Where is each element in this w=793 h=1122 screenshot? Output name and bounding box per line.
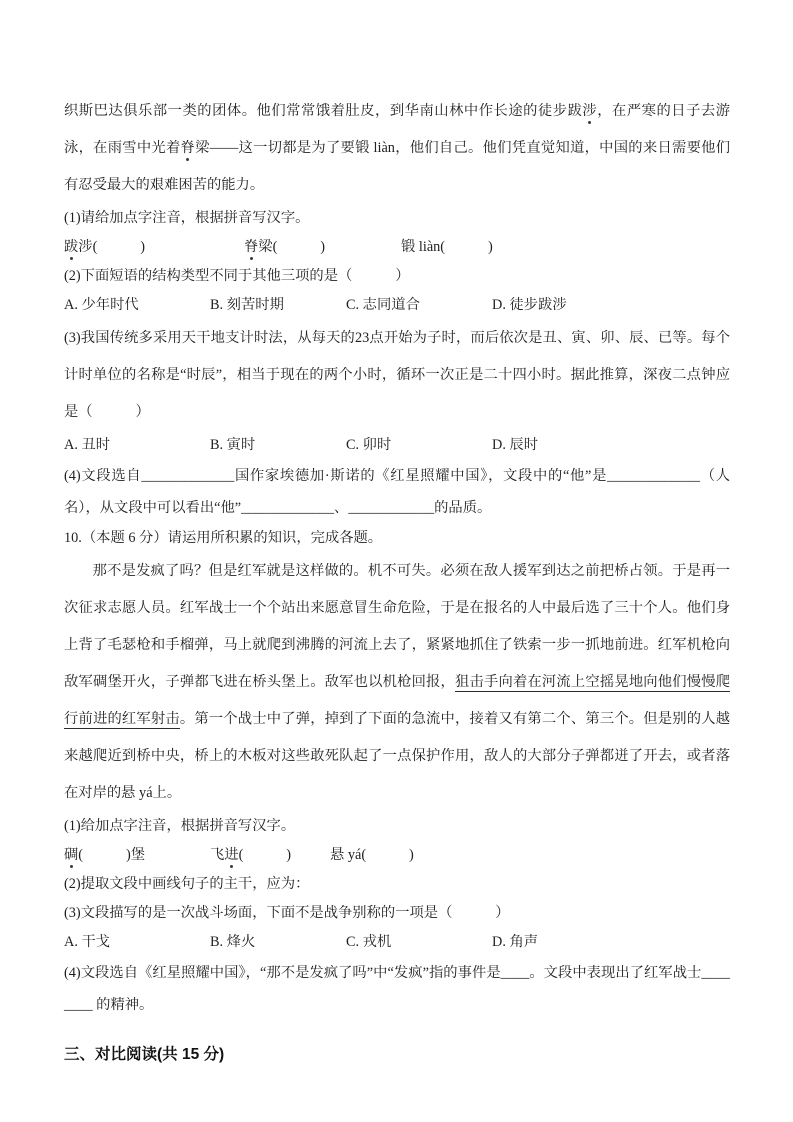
q9-sub3-options: A. 丑时 B. 寅时 C. 卯时 D. 辰时: [64, 431, 730, 460]
section-heading: 三、对比阅读(共 15 分): [64, 1043, 730, 1067]
q10-passage: 那不是发疯了吗？但是红军就是这样做的。机不可失。必须在敌人援军到达之前把桥占领。…: [64, 553, 730, 812]
q10-sub2-label: (2)提取文段中画线句子的主干，应为：: [64, 870, 730, 899]
pinyin-item-dotted-char: 脊: [244, 239, 258, 255]
option: A. 丑时: [64, 431, 210, 460]
q9-sub1-label: (1)请给加点字注音，根据拼音写汉字。: [64, 204, 730, 233]
option: B. 寅时: [210, 431, 346, 460]
q9-sub2-label: (2)下面短语的结构类型不同于其他三项的是（ ）: [64, 262, 730, 291]
pinyin-item: 跋涉( ): [64, 233, 244, 262]
q10-sub3-options: A. 干戈 B. 烽火 C. 戎机 D. 角声: [64, 928, 730, 957]
exam-page: 织斯巴达俱乐部一类的团体。他们常常饿着肚皮，到华南山林中作长途的徒步跋涉，在严寒…: [0, 0, 793, 1122]
pinyin-item-rest: ( ): [239, 847, 291, 863]
pinyin-item-pre: 悬 yá( ): [330, 847, 414, 863]
q10-sub3-label: (3)文段描写的是一次战斗场面，下面不是战争别称的一项是（ ）: [64, 899, 730, 928]
option: C. 戎机: [346, 928, 492, 957]
q9-sub2-options: A. 少年时代 B. 刻苦时期 C. 志同道合 D. 徒步跋涉: [64, 291, 730, 320]
pinyin-item: 锻 liàn( ): [401, 233, 493, 262]
pinyin-item: 脊梁( ): [244, 233, 401, 262]
q9-passage-dotted-char-1: 涉: [582, 103, 597, 119]
pinyin-item-rest: ( )堡: [78, 847, 145, 863]
pinyin-item-rest: 涉( ): [78, 239, 145, 255]
option: B. 刻苦时期: [210, 291, 346, 320]
option: D. 徒步跋涉: [492, 291, 567, 320]
q9-passage-text-a: 织斯巴达俱乐部一类的团体。他们常常饿着肚皮，到华南山林中作长途的徒步跋: [64, 103, 582, 119]
q10-sub1-label: (1)给加点字注音，根据拼音写汉字。: [64, 812, 730, 841]
q10-label: 10.（本题 6 分）请运用所积累的知识，完成各题。: [64, 524, 730, 553]
q9-sub1-items: 跋涉( ) 脊梁( ) 锻 liàn( ): [64, 233, 730, 262]
pinyin-item-dotted-char: 进: [224, 847, 238, 863]
pinyin-item-dotted-char: 跋: [64, 239, 78, 255]
q9-passage-dotted-char-2: 脊: [181, 140, 196, 156]
pinyin-item-rest: 梁( ): [258, 239, 325, 255]
option: B. 烽火: [210, 928, 346, 957]
pinyin-item: 碉( )堡: [64, 841, 210, 870]
q9-sub3-text: (3)我国传统多采用天干地支计时法，从每天的23点开始为子时，而后依次是丑、寅、…: [64, 320, 730, 431]
q9-passage: 织斯巴达俱乐部一类的团体。他们常常饿着肚皮，到华南山林中作长途的徒步跋涉，在严寒…: [64, 93, 730, 204]
pinyin-item-dotted-char: 碉: [64, 847, 78, 863]
option: C. 卯时: [346, 431, 492, 460]
pinyin-item: 悬 yá( ): [330, 841, 414, 870]
q10-sub1-items: 碉( )堡 飞进( ) 悬 yá( ): [64, 841, 730, 870]
option: A. 少年时代: [64, 291, 210, 320]
option: D. 角声: [492, 928, 538, 957]
q9-sub4-text: (4)文段选自_____________国作家埃德加·斯诺的《红星照耀中国》，文…: [64, 460, 730, 524]
q10-passage-text-a: 那不是发疯了吗？但是红军就是这样做的。机不可失。必须在敌人援军到达之前把桥占领。…: [64, 563, 730, 690]
option: C. 志同道合: [346, 291, 492, 320]
pinyin-item: 飞进( ): [210, 841, 330, 870]
q10-sub4-text: (4)文段选自《红星照耀中国》，“那不是发疯了吗”中“发疯”指的事件是____。…: [64, 957, 730, 1021]
option: D. 辰时: [492, 431, 538, 460]
option: A. 干戈: [64, 928, 210, 957]
pinyin-item-pre: 锻 liàn( ): [401, 239, 493, 255]
pinyin-item-pre: 飞: [210, 847, 224, 863]
